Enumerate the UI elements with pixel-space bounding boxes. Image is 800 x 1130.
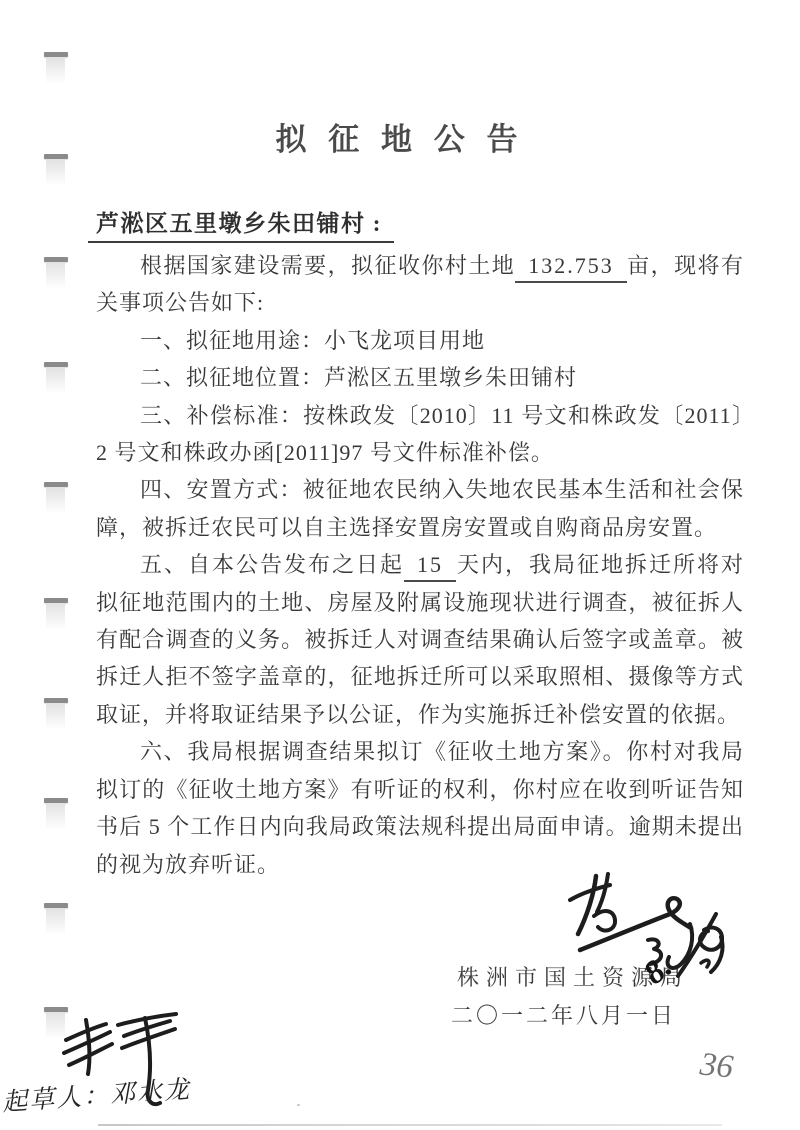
addressee-line: 芦淞区五里墩乡朱田铺村 :	[88, 205, 394, 243]
item-1-text: 一、拟征地用途：小飞龙项目用地	[140, 328, 485, 353]
binding-mark	[44, 154, 68, 190]
scan-artifact-line	[98, 1124, 722, 1126]
survey-days-value: 15	[404, 550, 456, 582]
item-6-hearing: 六、我局根据调查结果拟订《征收土地方案》。你村对我局拟订的《征收土地方案》有听证…	[96, 733, 744, 883]
handwritten-page-number: 36	[698, 1046, 735, 1086]
item-5-text-pre: 五、自本公告发布之日起	[140, 552, 404, 577]
binding-mark	[44, 903, 68, 939]
scan-speck	[404, 264, 407, 267]
binding-mark	[44, 698, 68, 734]
intro-text-pre: 根据国家建设需要，拟征收你村土地	[140, 253, 515, 278]
document-title: 拟 征 地 公 告	[0, 114, 800, 159]
item-3-text: 三、补偿标准：按株政发〔2010〕11 号文和株政发〔2011〕2 号文和株政办…	[96, 403, 744, 465]
item-4-resettlement: 四、安置方式：被征地农民纳入失地农民基本生活和社会保障，被拆迁农民可以自主选择安…	[96, 471, 744, 546]
land-area-value: 132.753	[515, 251, 627, 283]
intro-paragraph: 根据国家建设需要，拟征收你村土地132.753亩，现将有关事项公告如下:	[96, 247, 744, 322]
item-2-text: 二、拟征地位置：芦淞区五里墩乡朱田铺村	[140, 365, 577, 390]
scan-speck	[297, 1104, 300, 1106]
item-1-purpose: 一、拟征地用途：小飞龙项目用地	[96, 322, 744, 359]
scanned-document-page: 拟 征 地 公 告 芦淞区五里墩乡朱田铺村 : 根据国家建设需要，拟征收你村土地…	[0, 0, 800, 1130]
item-3-compensation: 三、补偿标准：按株政发〔2010〕11 号文和株政发〔2011〕2 号文和株政办…	[96, 397, 744, 472]
document-body: 根据国家建设需要，拟征收你村土地132.753亩，现将有关事项公告如下: 一、拟…	[96, 247, 744, 883]
binding-mark	[44, 598, 68, 634]
binding-mark	[44, 482, 68, 518]
binding-mark	[44, 257, 68, 293]
item-4-text: 四、安置方式：被征地农民纳入失地农民基本生活和社会保障，被拆迁农民可以自主选择安…	[96, 477, 744, 539]
item-2-location: 二、拟征地位置：芦淞区五里墩乡朱田铺村	[96, 359, 744, 396]
binding-mark	[44, 52, 68, 88]
binding-mark	[44, 798, 68, 834]
binding-mark	[44, 362, 68, 398]
item-6-text: 六、我局根据调查结果拟订《征收土地方案》。你村对我局拟订的《征收土地方案》有听证…	[96, 739, 744, 876]
item-5-survey: 五、自本公告发布之日起15天内，我局征地拆迁所将对拟征地范围内的土地、房屋及附属…	[96, 546, 744, 733]
handwritten-approval-signature	[552, 866, 742, 1006]
